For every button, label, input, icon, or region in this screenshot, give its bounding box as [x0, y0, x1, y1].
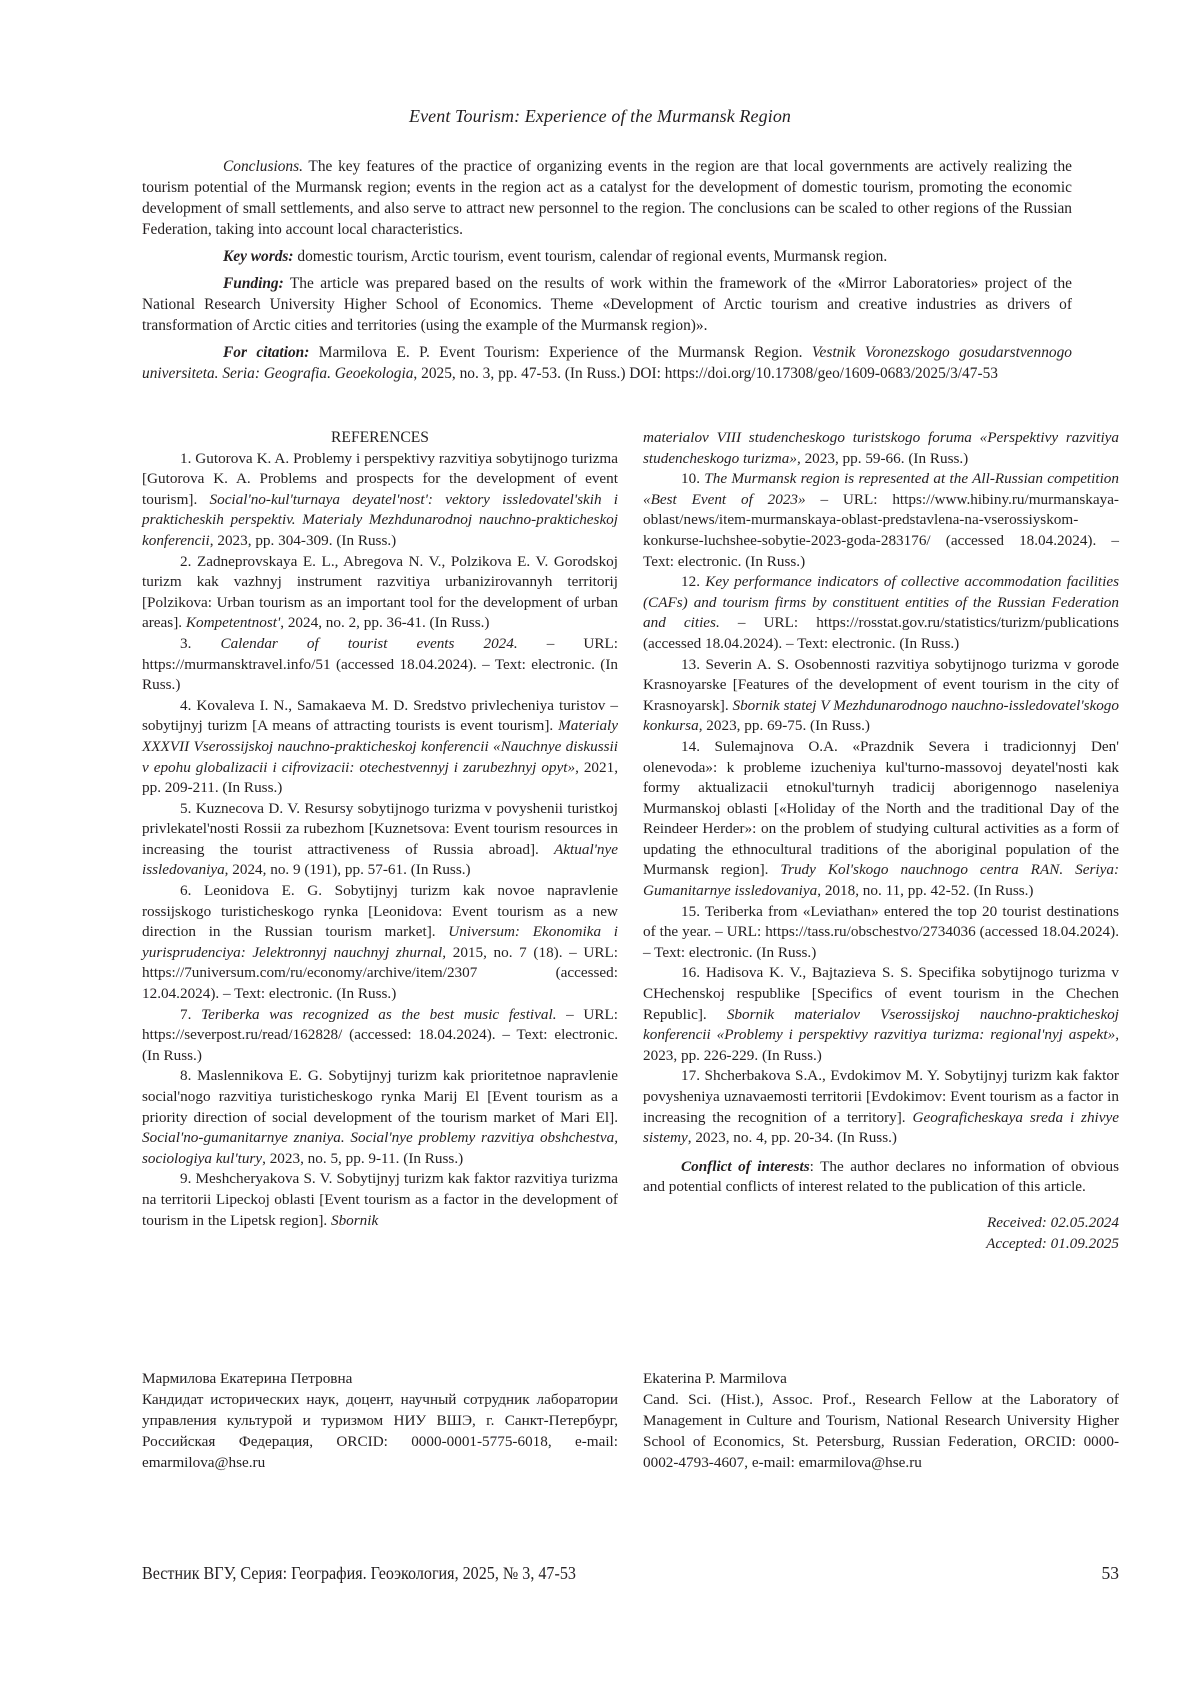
funding-paragraph: Funding: The article was prepared based … [142, 273, 1072, 336]
conflict-of-interests: Conflict of interests: The author declar… [643, 1157, 1119, 1198]
citation-doi[interactable]: , 2025, no. 3, pp. 47-53. (In Russ.) DOI… [413, 365, 998, 382]
author-name-en: Ekaterina P. Marmilova [643, 1368, 1119, 1389]
citation-label: For citation: [223, 344, 309, 361]
conclusions-label: Conclusions. [223, 158, 303, 175]
reference-item: 14. Sulemajnova O.A. «Prazdnik Severa i … [643, 737, 1119, 902]
conclusions-paragraph: Conclusions. The key features of the pra… [142, 156, 1072, 240]
references-left-column: REFERENCES 1. Gutorova K. A. Problemy i … [142, 428, 618, 1231]
reference-item: 2. Zadneprovskaya E. L., Abregova N. V.,… [142, 552, 618, 634]
author-info-russian: Мармилова Екатерина Петровна Кандидат ис… [142, 1368, 618, 1473]
reference-item: 6. Leonidova E. G. Sobytijnyj turizm kak… [142, 881, 618, 1005]
author-bio-en: Cand. Sci. (Hist.), Assoc. Prof., Resear… [643, 1391, 1119, 1471]
citation-paragraph: For citation: Marmilova E. P. Event Tour… [142, 342, 1072, 384]
reference-item: 1. Gutorova K. A. Problemy i perspektivy… [142, 449, 618, 552]
keywords-paragraph: Key words: domestic tourism, Arctic tour… [142, 246, 1072, 267]
conflict-label: Conflict of interests [681, 1158, 810, 1175]
references-right-column: materialov VIII studencheskogo turistsko… [643, 428, 1119, 1254]
article-dates: Received: 02.05.2024 Accepted: 01.09.202… [643, 1212, 1119, 1254]
author-info-english: Ekaterina P. Marmilova Cand. Sci. (Hist.… [643, 1368, 1119, 1473]
reference-item-continuation: materialov VIII studencheskogo turistsko… [643, 428, 1119, 469]
running-title: Event Tourism: Experience of the Murmans… [0, 106, 1200, 127]
received-date: Received: 02.05.2024 [643, 1212, 1119, 1233]
reference-item: 12. Key performance indicators of collec… [643, 572, 1119, 654]
reference-item: 8. Maslennikova E. G. Sobytijnyj turizm … [142, 1066, 618, 1169]
author-name-ru: Мармилова Екатерина Петровна [142, 1368, 618, 1389]
author-bio-ru: Кандидат исторических наук, доцент, науч… [142, 1391, 618, 1471]
reference-item: 17. Shcherbakova S.A., Evdokimov M. Y. S… [643, 1066, 1119, 1148]
reference-item: 9. Meshcheryakova S. V. Sobytijnyj turiz… [142, 1169, 618, 1231]
footer-journal-info: Вестник ВГУ, Серия: География. Геоэколог… [142, 1563, 576, 1584]
reference-item: 13. Severin A. S. Osobennosti razvitiya … [643, 655, 1119, 737]
reference-item: 16. Hadisova K. V., Bajtazieva S. S. Spe… [643, 963, 1119, 1066]
accepted-date: Accepted: 01.09.2025 [643, 1233, 1119, 1254]
keywords-text: domestic tourism, Arctic tourism, event … [294, 248, 888, 265]
references-heading: REFERENCES [142, 428, 618, 449]
citation-text: Marmilova E. P. Event Tourism: Experienc… [309, 344, 811, 361]
keywords-label: Key words: [223, 248, 294, 265]
reference-item: 3. Calendar of tourist events 2024. – UR… [142, 634, 618, 696]
reference-item: 5. Kuznecova D. V. Resursy sobytijnogo t… [142, 799, 618, 881]
reference-item: 15. Teriberka from «Leviathan» entered t… [643, 902, 1119, 964]
page-number: 53 [1102, 1563, 1120, 1584]
reference-item: 4. Kovaleva I. N., Samakaeva M. D. Sreds… [142, 696, 618, 799]
abstract-section: Conclusions. The key features of the pra… [142, 156, 1072, 390]
funding-label: Funding: [223, 275, 284, 292]
reference-item: 7. Teriberka was recognized as the best … [142, 1005, 618, 1067]
reference-item: 10. The Murmansk region is represented a… [643, 469, 1119, 572]
